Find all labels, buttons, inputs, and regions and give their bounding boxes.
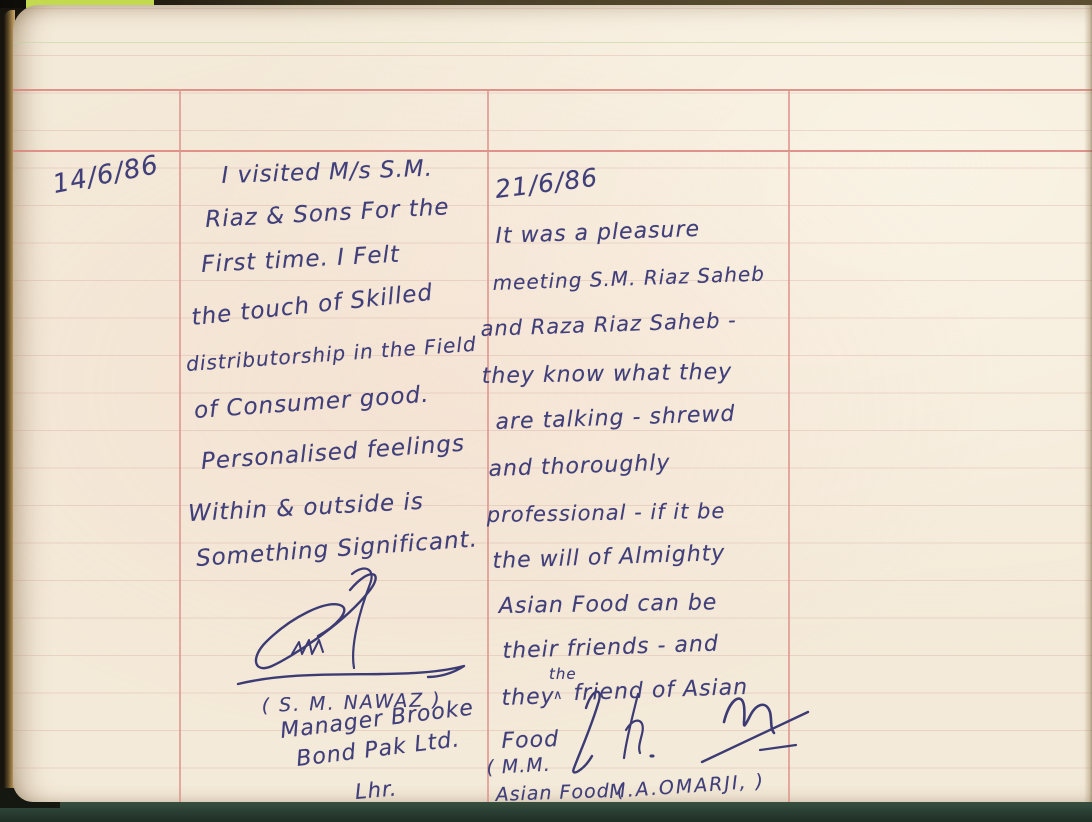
header-rule-bottom bbox=[13, 150, 1092, 152]
handwritten-line: professional - if it be bbox=[487, 499, 726, 527]
organization-line: ( M.M. bbox=[486, 754, 551, 779]
signature-title-line: Lhr. bbox=[354, 776, 398, 804]
organization-line: Asian Food ( bbox=[495, 779, 625, 806]
scanned-guestbook-photo: 14/6/86 I visited M/s S.M. Riaz & Sons F… bbox=[0, 0, 1092, 822]
handwritten-line: they know what they bbox=[482, 360, 733, 389]
handwritten-line: they bbox=[501, 684, 555, 711]
handwritten-line: Asian Food can be bbox=[499, 590, 718, 619]
column-divider-2 bbox=[487, 89, 489, 802]
signature-scribble bbox=[232, 562, 470, 704]
column-divider-1 bbox=[179, 89, 181, 802]
page-stack-edge bbox=[1084, 5, 1092, 802]
green-rule-line bbox=[13, 42, 1092, 43]
signature-scribble bbox=[556, 678, 826, 782]
header-rule-top bbox=[13, 89, 1092, 91]
handwritten-line: Food bbox=[501, 727, 559, 754]
